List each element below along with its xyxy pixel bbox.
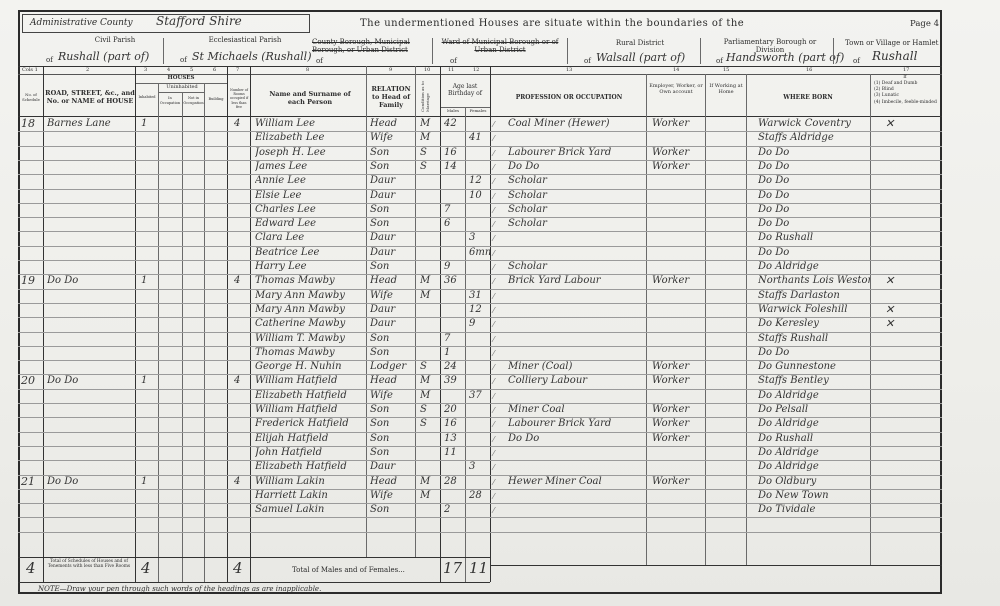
cell-male-age: 20 bbox=[444, 403, 465, 417]
village-value: Rushall bbox=[872, 50, 917, 62]
cell-employment: Worker bbox=[652, 274, 705, 288]
col-header-working-home: If Working at Home bbox=[706, 83, 746, 95]
cell-relation: Daur bbox=[370, 317, 415, 331]
cell-name: Elijah Hatfield bbox=[255, 432, 366, 446]
cell-rooms: 4 bbox=[234, 475, 250, 489]
tally-tick-icon: ⁄ bbox=[493, 234, 494, 243]
tally-tick-icon: ⁄ bbox=[493, 363, 494, 372]
cell-name: Elizabeth Lee bbox=[255, 131, 366, 145]
cell-female-age: 41 bbox=[469, 131, 490, 145]
cell-relation: Daur bbox=[370, 303, 415, 317]
col-num-14: 14 bbox=[673, 68, 679, 73]
total-males-females-label: Total of Males and of Females... bbox=[292, 567, 405, 574]
tally-tick-icon: ⁄ bbox=[493, 134, 494, 143]
parl-borough-of: of bbox=[716, 58, 723, 65]
cell-rooms: 4 bbox=[234, 274, 250, 288]
cell-relation: Son bbox=[370, 432, 415, 446]
cell-born: Do Gunnestone bbox=[758, 360, 870, 374]
tally-tick-icon: ⁄ bbox=[493, 478, 494, 487]
col-header-name: Name and Surname of each Person bbox=[260, 90, 360, 106]
col-num-3: 3 bbox=[144, 68, 147, 73]
cell-female-age: 37 bbox=[469, 389, 490, 403]
tally-tick-icon: ⁄ bbox=[493, 292, 494, 301]
col-header-condition: Condition as to Marriage bbox=[420, 78, 430, 112]
cell-condition: M bbox=[420, 289, 440, 303]
infirmity-item-2: (2) Blind bbox=[874, 88, 894, 93]
infirmity-item-3: (3) Lunatic bbox=[874, 94, 899, 99]
cell-male-age: 16 bbox=[444, 146, 465, 160]
cell-occupation: Do Do bbox=[508, 432, 646, 446]
col-header-females: Females bbox=[466, 109, 490, 113]
cell-condition: M bbox=[420, 274, 440, 288]
cell-occupation: Labourer Brick Yard bbox=[508, 417, 646, 431]
cell-condition: M bbox=[420, 117, 440, 131]
tally-tick-icon: ⁄ bbox=[493, 420, 494, 429]
civil-parish-label: Civil Parish bbox=[55, 37, 175, 44]
cell-female-age: 12 bbox=[469, 303, 490, 317]
cell-name: Annie Lee bbox=[255, 174, 366, 188]
cell-inhabited: 1 bbox=[141, 374, 157, 388]
tally-tick-icon: ⁄ bbox=[493, 406, 494, 415]
cell-condition: M bbox=[420, 131, 440, 145]
tally-tick-icon: ⁄ bbox=[493, 163, 494, 172]
cell-name: Elizabeth Hatfield bbox=[255, 389, 366, 403]
cell-relation: Son bbox=[370, 417, 415, 431]
cell-born: Do Aldridge bbox=[758, 417, 870, 431]
cell-born: Do Aldridge bbox=[758, 460, 870, 474]
col-num-12: 12 bbox=[473, 68, 479, 73]
col-header-street: ROAD, STREET, &c., and No. or NAME of HO… bbox=[45, 89, 135, 105]
total-females: 11 bbox=[469, 561, 488, 576]
col-header-inhabited: Inhabited bbox=[136, 96, 158, 100]
tally-tick-icon: ⁄ bbox=[493, 192, 494, 201]
cell-relation: Son bbox=[370, 403, 415, 417]
tally-tick-icon: ⁄ bbox=[493, 249, 494, 258]
cell-born: Do Pelsall bbox=[758, 403, 870, 417]
cell-name: James Lee bbox=[255, 160, 366, 174]
cell-born: Do Aldridge bbox=[758, 446, 870, 460]
col-num-4: 4 bbox=[167, 68, 170, 73]
infirmity-item-4: (4) Imbecile, feeble-minded bbox=[874, 100, 940, 105]
cell-employment: Worker bbox=[652, 146, 705, 160]
cell-infirmity: ✕ bbox=[885, 303, 935, 317]
cell-relation: Wife bbox=[370, 389, 415, 403]
cell-relation: Daur bbox=[370, 231, 415, 245]
cell-relation: Head bbox=[370, 374, 415, 388]
village-label: Town or Village or Hamlet bbox=[845, 40, 938, 47]
cell-schedule: 19 bbox=[21, 274, 43, 288]
cell-condition: M bbox=[420, 475, 440, 489]
col-header-rooms: Number of Rooms occupied if less than fi… bbox=[228, 88, 250, 109]
tally-tick-icon: ⁄ bbox=[493, 449, 494, 458]
county-borough-of: of bbox=[316, 58, 323, 65]
cell-occupation: Labourer Brick Yard bbox=[508, 146, 646, 160]
tally-tick-icon: ⁄ bbox=[493, 206, 494, 215]
cell-occupation: Miner (Coal) bbox=[508, 360, 646, 374]
footer-note: NOTE—Draw your pen through such words of… bbox=[38, 586, 321, 593]
village-of: of bbox=[853, 58, 860, 65]
col-header-age: Age last Birthday of bbox=[442, 83, 488, 97]
cell-name: Catherine Mawby bbox=[255, 317, 366, 331]
cell-born: Warwick Foleshill bbox=[758, 303, 870, 317]
cell-condition: M bbox=[420, 389, 440, 403]
col-header-employment: Employer, Worker, or Own account bbox=[648, 83, 704, 95]
total-inhabited: 4 bbox=[141, 561, 151, 576]
cell-male-age: 2 bbox=[444, 503, 465, 517]
cell-name: Harriett Lakin bbox=[255, 489, 366, 503]
cell-occupation: Scholar bbox=[508, 189, 646, 203]
col-header-uninhabited: Uninhabited bbox=[160, 85, 204, 90]
cell-occupation: Scholar bbox=[508, 217, 646, 231]
cell-name: Joseph H. Lee bbox=[255, 146, 366, 160]
cell-employment: Worker bbox=[652, 417, 705, 431]
cell-relation: Daur bbox=[370, 174, 415, 188]
cell-name: Samuel Lakin bbox=[255, 503, 366, 517]
cell-born: Staffs Darlaston bbox=[758, 289, 870, 303]
tally-tick-icon: ⁄ bbox=[493, 506, 494, 515]
col-header-males: Males bbox=[441, 109, 465, 113]
cell-born: Warwick Coventry bbox=[758, 117, 870, 131]
ward-of: of bbox=[450, 58, 457, 65]
cell-born: Do Tividale bbox=[758, 503, 870, 517]
cell-employment: Worker bbox=[652, 374, 705, 388]
cell-occupation: Scholar bbox=[508, 260, 646, 274]
cell-street: Barnes Lane bbox=[47, 117, 135, 131]
cell-born: Do Aldridge bbox=[758, 389, 870, 403]
cell-relation: Head bbox=[370, 117, 415, 131]
col-header-relation: RELATION to Head of Family bbox=[368, 85, 414, 109]
total-rooms: 4 bbox=[233, 561, 243, 576]
tally-tick-icon: ⁄ bbox=[493, 177, 494, 186]
rural-district-label: Rural District bbox=[585, 40, 695, 47]
cell-born: Do Do bbox=[758, 160, 870, 174]
cell-rooms: 4 bbox=[234, 117, 250, 131]
tally-tick-icon: ⁄ bbox=[493, 149, 494, 158]
cell-condition: S bbox=[420, 403, 440, 417]
tally-tick-icon: ⁄ bbox=[493, 263, 494, 272]
tally-tick-icon: ⁄ bbox=[493, 120, 494, 129]
cell-relation: Son bbox=[370, 203, 415, 217]
cell-condition: S bbox=[420, 160, 440, 174]
cell-name: William Hatfield bbox=[255, 374, 366, 388]
census-sheet: Administrative County Stafford Shire The… bbox=[0, 0, 1000, 606]
cell-occupation: Scholar bbox=[508, 174, 646, 188]
cell-name: Mary Ann Mawby bbox=[255, 289, 366, 303]
cell-employment: Worker bbox=[652, 475, 705, 489]
cell-born: Do Keresley bbox=[758, 317, 870, 331]
cell-relation: Head bbox=[370, 475, 415, 489]
cell-infirmity: ✕ bbox=[885, 317, 935, 331]
col-num-11: 11 bbox=[448, 68, 454, 73]
col-num-8: 8 bbox=[306, 68, 309, 73]
cell-male-age: 7 bbox=[444, 203, 465, 217]
cell-relation: Son bbox=[370, 446, 415, 460]
cell-born: Do New Town bbox=[758, 489, 870, 503]
cell-female-age: 12 bbox=[469, 174, 490, 188]
cell-born: Do Oldbury bbox=[758, 475, 870, 489]
tally-tick-icon: ⁄ bbox=[493, 335, 494, 344]
cell-male-age: 42 bbox=[444, 117, 465, 131]
tally-tick-icon: ⁄ bbox=[493, 392, 494, 401]
parliamentary-borough-value: Handsworth (part of) bbox=[726, 52, 844, 63]
cell-occupation: Scholar bbox=[508, 203, 646, 217]
cell-relation: Wife bbox=[370, 131, 415, 145]
cell-name: William Hatfield bbox=[255, 403, 366, 417]
col-header-infirmity-title: If bbox=[872, 76, 938, 81]
cell-female-age: 3 bbox=[469, 231, 490, 245]
col-num-1: Cols 1 bbox=[22, 68, 38, 73]
col-num-10: 10 bbox=[424, 68, 430, 73]
cell-schedule: 21 bbox=[21, 475, 43, 489]
cell-name: Elsie Lee bbox=[255, 189, 366, 203]
cell-name: Thomas Mawby bbox=[255, 346, 366, 360]
cell-occupation: Colliery Labour bbox=[508, 374, 646, 388]
cell-born: Do Rushall bbox=[758, 432, 870, 446]
col-num-16: 16 bbox=[806, 68, 812, 73]
infirmity-item-1: (1) Deaf and Dumb bbox=[874, 82, 917, 87]
col-num-15: 15 bbox=[723, 68, 729, 73]
civil-parish-of: of bbox=[46, 57, 53, 64]
cell-born: Staffs Rushall bbox=[758, 332, 870, 346]
cell-street: Do Do bbox=[47, 374, 135, 388]
col-header-where-born: WHERE BORN bbox=[748, 95, 868, 101]
tally-tick-icon: ⁄ bbox=[493, 435, 494, 444]
tally-tick-icon: ⁄ bbox=[493, 220, 494, 229]
cell-employment: Worker bbox=[652, 403, 705, 417]
col-header-occupation: PROFESSION OR OCCUPATION bbox=[492, 95, 646, 101]
cell-relation: Son bbox=[370, 332, 415, 346]
col-header-houses: HOUSES bbox=[158, 76, 204, 82]
cell-male-age: 36 bbox=[444, 274, 465, 288]
tally-tick-icon: ⁄ bbox=[493, 320, 494, 329]
cell-name: Mary Ann Mawby bbox=[255, 303, 366, 317]
cell-born: Do Do bbox=[758, 346, 870, 360]
cell-name: George H. Nuhin bbox=[255, 360, 366, 374]
cell-relation: Son bbox=[370, 146, 415, 160]
ecclesiastical-parish-label: Ecclesiastical Parish bbox=[185, 37, 305, 44]
cell-born: Staffs Bentley bbox=[758, 374, 870, 388]
cell-female-age: 28 bbox=[469, 489, 490, 503]
cell-male-age: 11 bbox=[444, 446, 465, 460]
cell-relation: Daur bbox=[370, 246, 415, 260]
page-number: Page 4 bbox=[910, 20, 939, 29]
cell-relation: Son bbox=[370, 346, 415, 360]
cell-name: Clara Lee bbox=[255, 231, 366, 245]
cell-relation: Wife bbox=[370, 489, 415, 503]
cell-male-age: 6 bbox=[444, 217, 465, 231]
cell-relation: Son bbox=[370, 160, 415, 174]
rural-district-value: Walsall (part of) bbox=[596, 52, 685, 63]
cell-female-age: 10 bbox=[469, 189, 490, 203]
admin-county-label: Administrative County bbox=[30, 19, 133, 28]
cell-infirmity: ✕ bbox=[885, 117, 935, 131]
cell-born: Staffs Aldridge bbox=[758, 131, 870, 145]
cell-born: Do Do bbox=[758, 217, 870, 231]
col-header-schedule: No. of Schedule bbox=[19, 92, 43, 102]
cell-employment: Worker bbox=[652, 360, 705, 374]
cell-condition: M bbox=[420, 374, 440, 388]
eccl-parish-of: of bbox=[180, 57, 187, 64]
cell-schedule: 20 bbox=[21, 374, 43, 388]
cell-relation: Lodger bbox=[370, 360, 415, 374]
cell-born: Do Do bbox=[758, 246, 870, 260]
tally-tick-icon: ⁄ bbox=[493, 349, 494, 358]
cell-name: Charles Lee bbox=[255, 203, 366, 217]
cell-female-age: 6mnths bbox=[469, 246, 490, 260]
cell-born: Do Do bbox=[758, 189, 870, 203]
cell-female-age: 3 bbox=[469, 460, 490, 474]
cell-name: Thomas Mawby bbox=[255, 274, 366, 288]
cell-relation: Son bbox=[370, 217, 415, 231]
cell-relation: Wife bbox=[370, 289, 415, 303]
cell-inhabited: 1 bbox=[141, 117, 157, 131]
cell-relation: Head bbox=[370, 274, 415, 288]
col-num-7: 7 bbox=[236, 68, 239, 73]
cell-born: Do Do bbox=[758, 146, 870, 160]
cell-male-age: 7 bbox=[444, 332, 465, 346]
total-schedules: 4 bbox=[26, 561, 36, 576]
cell-employment: Worker bbox=[652, 160, 705, 174]
cell-relation: Son bbox=[370, 260, 415, 274]
cell-employment: Worker bbox=[652, 117, 705, 131]
cell-condition: S bbox=[420, 360, 440, 374]
cell-female-age: 31 bbox=[469, 289, 490, 303]
intro-text: The undermentioned Houses are situate wi… bbox=[360, 19, 744, 29]
cell-name: William Lee bbox=[255, 117, 366, 131]
col-header-in-occupation: In Occupation bbox=[159, 96, 181, 105]
col-num-2: 2 bbox=[86, 68, 89, 73]
cell-employment: Worker bbox=[652, 432, 705, 446]
cell-born: Do Rushall bbox=[758, 231, 870, 245]
cell-occupation: Brick Yard Labour bbox=[508, 274, 646, 288]
cell-occupation: Do Do bbox=[508, 160, 646, 174]
col-num-5: 5 bbox=[190, 68, 193, 73]
col-num-17: 17 bbox=[903, 68, 909, 73]
tally-tick-icon: ⁄ bbox=[493, 463, 494, 472]
cell-occupation: Coal Miner (Hewer) bbox=[508, 117, 646, 131]
tally-tick-icon: ⁄ bbox=[493, 492, 494, 501]
cell-name: Beatrice Lee bbox=[255, 246, 366, 260]
tally-tick-icon: ⁄ bbox=[493, 306, 494, 315]
cell-male-age: 1 bbox=[444, 346, 465, 360]
cell-male-age: 9 bbox=[444, 260, 465, 274]
cell-male-age: 13 bbox=[444, 432, 465, 446]
cell-relation: Daur bbox=[370, 460, 415, 474]
cell-name: William Lakin bbox=[255, 475, 366, 489]
col-num-13: 13 bbox=[566, 68, 572, 73]
cell-male-age: 24 bbox=[444, 360, 465, 374]
cell-name: William T. Mawby bbox=[255, 332, 366, 346]
cell-relation: Daur bbox=[370, 189, 415, 203]
tally-tick-icon: ⁄ bbox=[493, 277, 494, 286]
cell-rooms: 4 bbox=[234, 374, 250, 388]
cell-inhabited: 1 bbox=[141, 475, 157, 489]
county-borough-label: County Borough, Municipal Borough, or Ur… bbox=[312, 38, 422, 54]
admin-county-value: Stafford Shire bbox=[156, 15, 242, 27]
cell-condition: M bbox=[420, 489, 440, 503]
cell-relation: Son bbox=[370, 503, 415, 517]
cell-born: Northants Lois Weston bbox=[758, 274, 870, 288]
cell-name: Edward Lee bbox=[255, 217, 366, 231]
cell-born: Do Do bbox=[758, 203, 870, 217]
cell-condition: S bbox=[420, 417, 440, 431]
cell-schedule: 18 bbox=[21, 117, 43, 131]
cell-infirmity: ✕ bbox=[885, 274, 935, 288]
cell-name: Frederick Hatfield bbox=[255, 417, 366, 431]
cell-name: Elizabeth Hatfield bbox=[255, 460, 366, 474]
cell-street: Do Do bbox=[47, 475, 135, 489]
col-num-9: 9 bbox=[389, 68, 392, 73]
cell-born: Do Do bbox=[758, 174, 870, 188]
ward-label: Ward of Municipal Borough or of Urban Di… bbox=[440, 38, 560, 54]
cell-male-age: 16 bbox=[444, 417, 465, 431]
tally-tick-icon: ⁄ bbox=[493, 377, 494, 386]
total-males: 17 bbox=[443, 561, 462, 576]
cell-male-age: 14 bbox=[444, 160, 465, 174]
col-num-6: 6 bbox=[213, 68, 216, 73]
cell-male-age: 28 bbox=[444, 475, 465, 489]
col-header-building: Building bbox=[205, 98, 227, 102]
cell-female-age: 9 bbox=[469, 317, 490, 331]
rural-district-of: of bbox=[584, 58, 591, 65]
cell-street: Do Do bbox=[47, 274, 135, 288]
cell-name: Harry Lee bbox=[255, 260, 366, 274]
col-header-not-in-occupation: Not in Occupation bbox=[183, 96, 204, 105]
cell-inhabited: 1 bbox=[141, 274, 157, 288]
civil-parish-value: Rushall (part of) bbox=[58, 51, 149, 62]
cell-born: Do Aldridge bbox=[758, 260, 870, 274]
total-schedules-label: Total of Schedules of Houses and of Tene… bbox=[46, 559, 132, 570]
cell-condition: S bbox=[420, 146, 440, 160]
ecclesiastical-parish-value: St Michaels (Rushall) bbox=[192, 51, 311, 62]
cell-occupation: Miner Coal bbox=[508, 403, 646, 417]
cell-male-age: 39 bbox=[444, 374, 465, 388]
cell-occupation: Hewer Miner Coal bbox=[508, 475, 646, 489]
cell-name: John Hatfield bbox=[255, 446, 366, 460]
